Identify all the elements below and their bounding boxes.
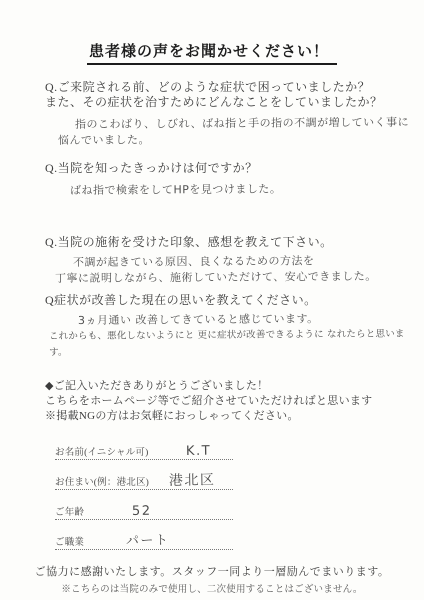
thanks-line-1: ◆ご記入いただきありがとうございました！ (45, 379, 410, 394)
handwritten-answer: ばね指で検索をしてHPを見つけました。 (45, 183, 410, 199)
thanks-block: ◆ご記入いただきありがとうございました！ こちらをホームページ等でご紹介させてい… (45, 379, 410, 424)
name-field-label: お名前(イニシャル可) (55, 444, 148, 458)
thanks-line-2: こちらをホームページ等でご紹介させていただければと思います (45, 394, 410, 409)
form-row-age: ご年齢 52 (55, 501, 233, 520)
question-block-3: Q.当院の施術を受けた印象、感想を教えて下さい。 不調が起きている原因、良くなる… (45, 235, 410, 287)
form-row-name: お名前(イニシャル可) K.T (55, 441, 233, 460)
content: Q.ご来院される前、どのような症状で困っていましたか？ また、その症状を治すため… (45, 80, 410, 550)
handwritten-answer: 指のこわばり、しびれ、ばね指と手の指の不調が増していく事に 悩んでいました。 (45, 117, 410, 149)
handwritten-answer: 不調が起きている原因、良くなるための方法を 丁寧に説明しながら、施術していただけ… (45, 255, 410, 287)
address-field-value: 港北区 (169, 474, 216, 488)
form-row-address: お住まい(例：港北区) 港北区 (55, 471, 233, 490)
footer-privacy-note: ※こちらのは当院のみで使用し、二次使用することはございません。 (0, 581, 424, 595)
question-label: Q.当院の施術を受けた印象、感想を教えて下さい。 (45, 235, 410, 250)
occupation-field-value: パート (126, 534, 170, 548)
answer-line: 悩んでいました。 (58, 131, 410, 149)
age-field-label: ご年齢 (55, 504, 84, 518)
question-label: Q.ご来院される前、どのような症状で困っていましたか？ また、その症状を治すため… (45, 80, 410, 110)
answer-line: ばね指で検索をしてHPを見つけました。 (70, 181, 410, 199)
answer-line: 丁寧に説明しながら、施術していただけて、安心できました。 (55, 269, 410, 287)
personal-info-form: お名前(イニシャル可) K.T お住まい(例：港北区) 港北区 ご年齢 52 ご… (45, 441, 410, 550)
page-title: 患者様の声をお聞かせください！ (87, 40, 337, 65)
title-wrap: 患者様の声をお聞かせください！ (0, 0, 424, 65)
answer-line: これからも、悪化しないようにと 更に症状が改善できるように なれたらと思います。 (49, 326, 410, 361)
occupation-field-label: ご職業 (55, 534, 84, 548)
question-label: Q症状が改善した現在の思いを教えてください。 (45, 293, 410, 308)
name-field-value: K.T (186, 445, 211, 458)
address-field-label: お住まい(例：港北区) (55, 474, 149, 488)
question-block-4: Q症状が改善した現在の思いを教えてください。 3ヵ月通い 改善してきていると感じ… (45, 293, 410, 361)
age-field-value: 52 (132, 505, 152, 518)
question-block-1: Q.ご来院される前、どのような症状で困っていましたか？ また、その症状を治すため… (45, 80, 410, 149)
handwritten-answer: 3ヵ月通い 改善してきていると感じています。 これからも、悪化しないようにと 更… (45, 313, 410, 361)
footer-thanks-line: ご協力に感謝いたします。スタッフ一同より一層励んでまいります。 (0, 563, 424, 579)
thanks-line-3: ※掲載NGの方はお気軽におっしゃってください。 (45, 409, 410, 424)
form-row-occupation: ご職業 パート (55, 531, 233, 550)
question-label: Q.当院を知ったきっかけは何ですか？ (45, 161, 410, 176)
questionnaire-scan: 患者様の声をお聞かせください！ Q.ご来院される前、どのような症状で困っていまし… (0, 0, 424, 600)
question-block-2: Q.当院を知ったきっかけは何ですか？ ばね指で検索をしてHPを見つけました。 (45, 161, 410, 199)
footer: ご協力に感謝いたします。スタッフ一同より一層励んでまいります。 ※こちらのは当院… (0, 563, 424, 595)
